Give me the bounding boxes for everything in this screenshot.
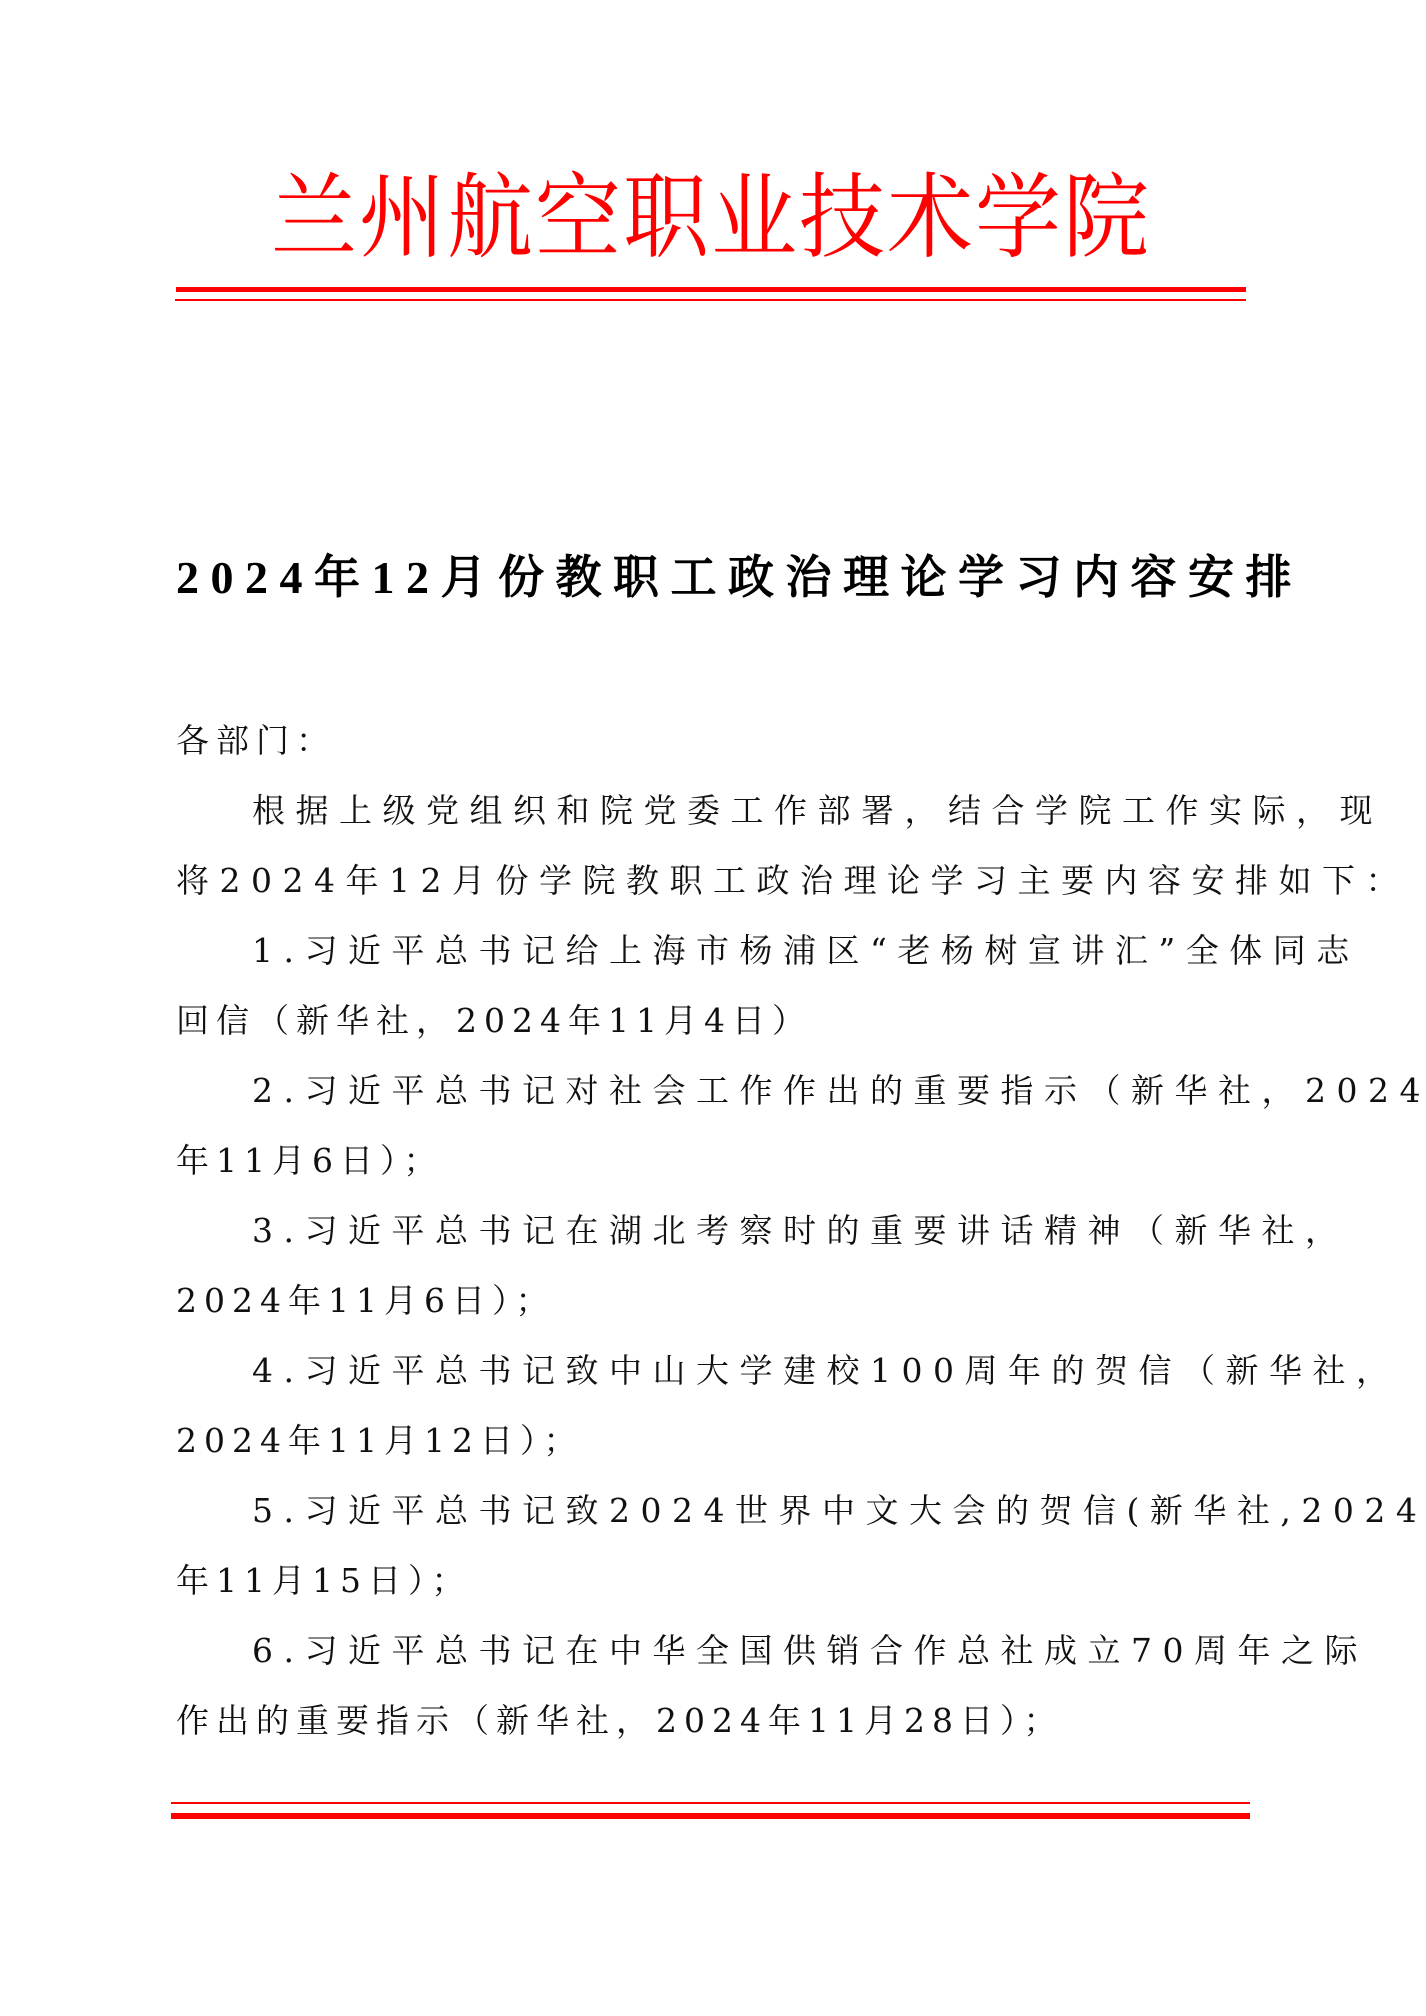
list-item: 1 . 习 近 平 总 书 记 给 上 海 市 杨 浦 区 “ 老 杨 树 宣 … xyxy=(176,926,1250,1066)
list-item-line-1: 2 . 习 近 平 总 书 记 对 社 会 工 作 作 出 的 重 要 指 示 … xyxy=(176,1066,1250,1136)
header-rule-thick xyxy=(176,287,1246,292)
list-item: 6 . 习 近 平 总 书 记 在 中 华 全 国 供 销 合 作 总 社 成 … xyxy=(176,1626,1250,1766)
list-item-line-2: 年11月6日）； xyxy=(176,1136,1250,1206)
list-item: 5 . 习 近 平 总 书 记 致 2 0 2 4 世 界 中 文 大 会 的 … xyxy=(176,1486,1250,1626)
intro-line-1: 根 据 上 级 党 组 织 和 院 党 委 工 作 部 署 ， 结 合 学 院 … xyxy=(176,786,1250,856)
footer-rule-thick xyxy=(171,1813,1250,1819)
salutation: 各部门： xyxy=(176,716,1250,786)
document-page: 兰州航空职业技术学院 2 0 2 4 年 1 2 月 份 教 职 工 政 治 理… xyxy=(0,0,1426,2016)
intro-line-2: 将 2 0 2 4 年 1 2 月 份 学 院 教 职 工 政 治 理 论 学 … xyxy=(176,856,1250,926)
list-item: 3 . 习 近 平 总 书 记 在 湖 北 考 察 时 的 重 要 讲 话 精 … xyxy=(176,1206,1250,1346)
list-item: 2 . 习 近 平 总 书 记 对 社 会 工 作 作 出 的 重 要 指 示 … xyxy=(176,1066,1250,1206)
list-item-line-2: 年11月15日）； xyxy=(176,1556,1250,1626)
list-item-line-2: 回信（新华社，2024年11月4日） xyxy=(176,996,1250,1066)
header-rule-thin xyxy=(175,299,1246,301)
list-item-line-1: 1 . 习 近 平 总 书 记 给 上 海 市 杨 浦 区 “ 老 杨 树 宣 … xyxy=(176,926,1250,996)
footer-rule-thin xyxy=(171,1802,1250,1804)
list-item: 4 . 习 近 平 总 书 记 致 中 山 大 学 建 校 1 0 0 周 年 … xyxy=(176,1346,1250,1486)
institution-masthead: 兰州航空职业技术学院 xyxy=(176,164,1246,272)
list-item-line-1: 4 . 习 近 平 总 书 记 致 中 山 大 学 建 校 1 0 0 周 年 … xyxy=(176,1346,1250,1416)
document-body: 各部门： 根 据 上 级 党 组 织 和 院 党 委 工 作 部 署 ， 结 合… xyxy=(176,716,1250,1766)
list-item-line-2: 作出的重要指示（新华社，2024年11月28日）； xyxy=(176,1696,1250,1766)
list-item-line-1: 3 . 习 近 平 总 书 记 在 湖 北 考 察 时 的 重 要 讲 话 精 … xyxy=(176,1206,1250,1276)
document-title: 2 0 2 4 年 1 2 月 份 教 职 工 政 治 理 论 学 习 内 容 … xyxy=(176,548,1250,608)
list-item-line-2: 2024年11月12日）； xyxy=(176,1416,1250,1486)
list-item-line-1: 6 . 习 近 平 总 书 记 在 中 华 全 国 供 销 合 作 总 社 成 … xyxy=(176,1626,1250,1696)
list-item-line-2: 2024年11月6日）； xyxy=(176,1276,1250,1346)
list-item-line-1: 5 . 习 近 平 总 书 记 致 2 0 2 4 世 界 中 文 大 会 的 … xyxy=(176,1486,1250,1556)
